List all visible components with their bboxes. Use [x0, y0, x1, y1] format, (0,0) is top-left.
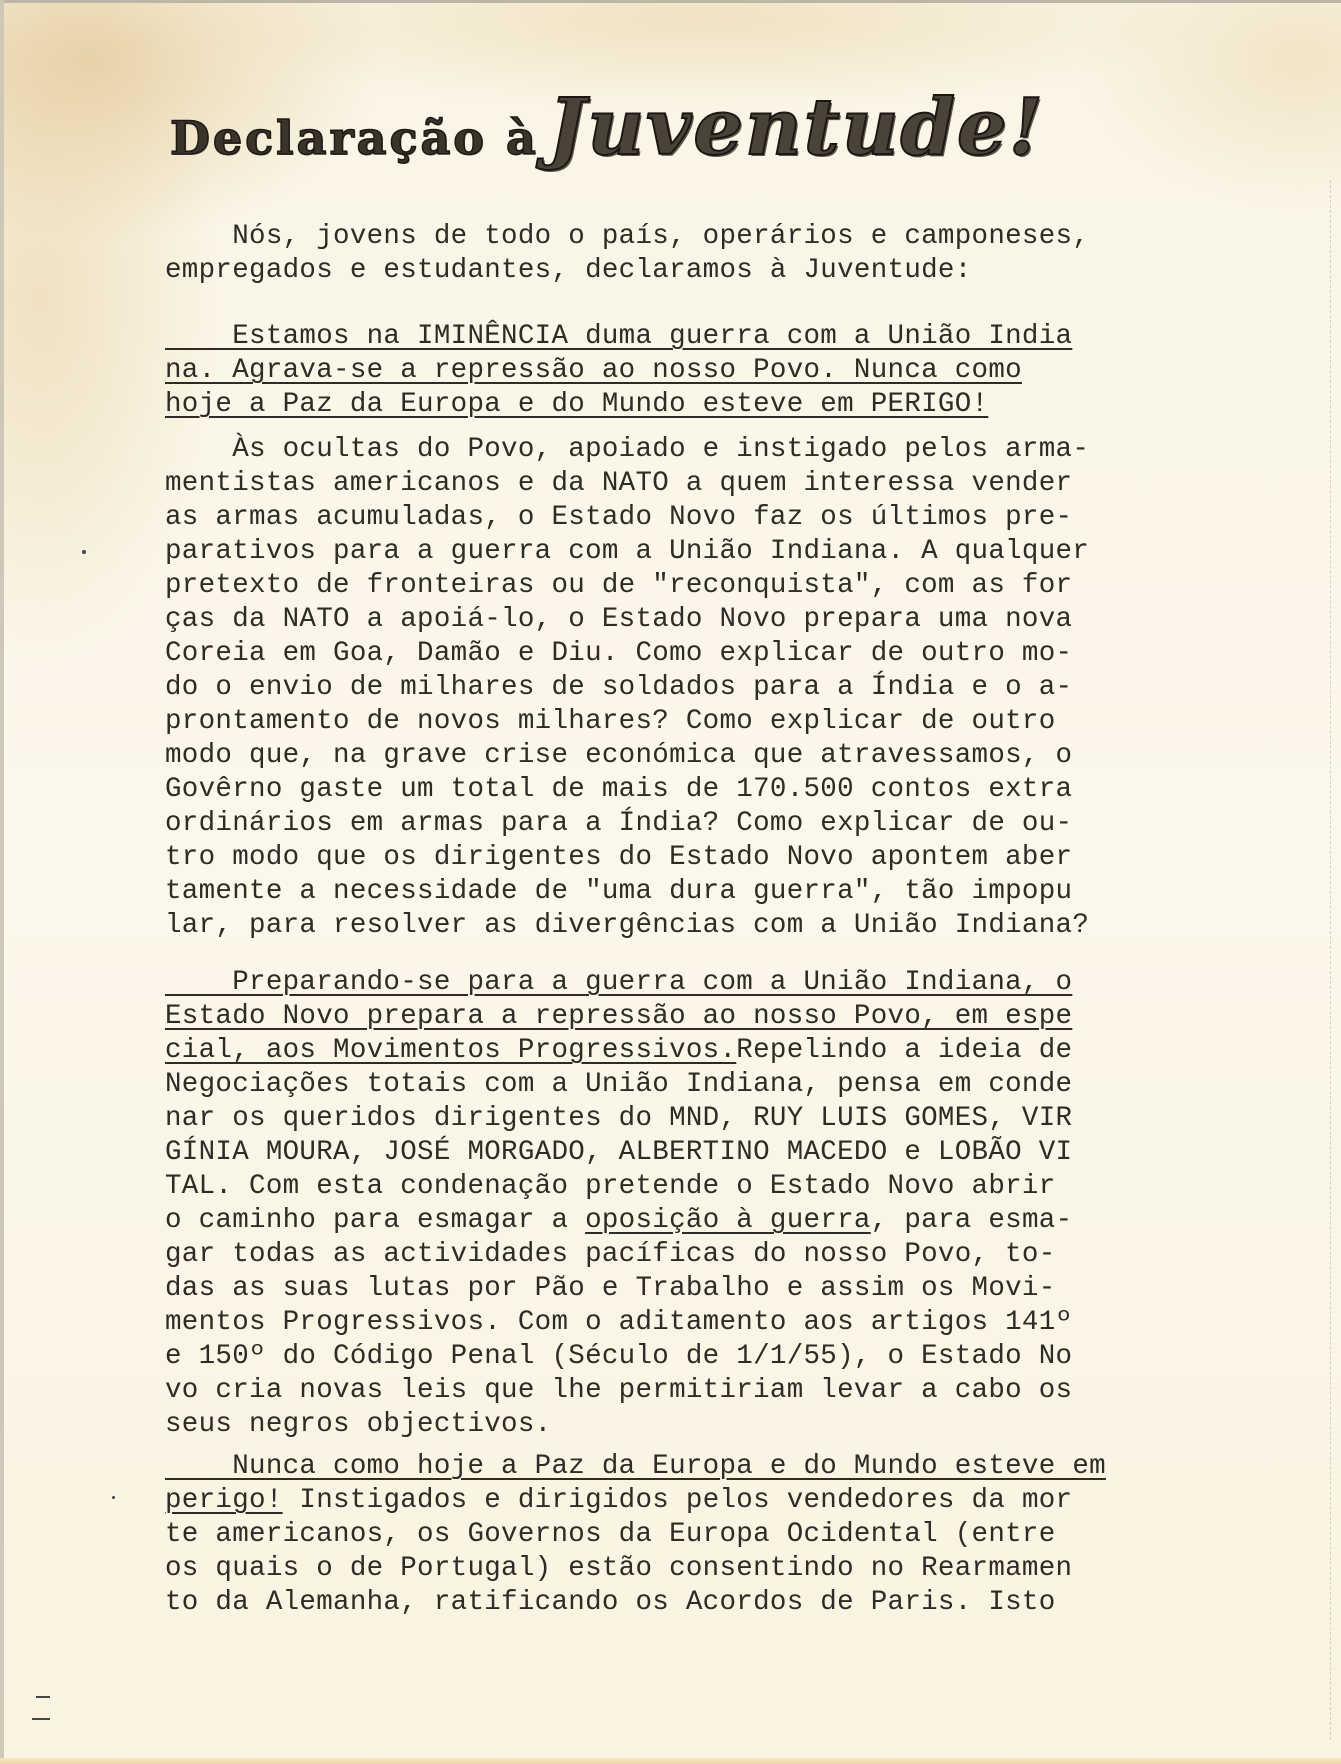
line-text: do o envio de milhares de soldados para … [165, 672, 1072, 703]
text-line: te americanos, os Governos da Europa Oci… [165, 1520, 1056, 1550]
text-line: tro modo que os dirigentes do Estado Nov… [165, 843, 1072, 873]
stray-mark [112, 1496, 115, 1499]
underlined-text: cial, aos Movimentos Progressivos. [165, 1035, 736, 1066]
text-line: mentistas americanos e da NATO a quem in… [165, 469, 1072, 499]
paper-edge-top [0, 0, 1341, 3]
text-line: Nunca como hoje a Paz da Europa e do Mun… [165, 1452, 1106, 1482]
title-juventude: Juventude! [548, 82, 1044, 173]
line-text: to da Alemanha, ratificando os Acordos d… [165, 1587, 1056, 1618]
line-text: e 150º do Código Penal (Século de 1/1/55… [165, 1341, 1072, 1372]
text-line: Estamos na IMINÊNCIA duma guerra com a U… [165, 322, 1072, 352]
text-line: cial, aos Movimentos Progressivos.Repeli… [165, 1036, 1072, 1066]
text-line: pretexto de fronteiras ou de "reconquist… [165, 571, 1072, 601]
line-text: das as suas lutas por Pão e Trabalho e a… [165, 1273, 1056, 1304]
document-title: Declaração à Juventude! [170, 82, 1045, 173]
line-text: ordinários em armas para a Índia? Como e… [165, 808, 1072, 839]
text-line: Negociações totais com a União Indiana, … [165, 1070, 1072, 1100]
underlined-text: Estado Novo prepara a repressão ao nosso… [165, 1001, 1072, 1032]
line-text: vo cria novas leis que lhe permitiriam l… [165, 1375, 1072, 1406]
line-text: ças da NATO a apoiá-lo, o Estado Novo pr… [165, 604, 1072, 635]
paper-edge-bottom [0, 1758, 1341, 1764]
line-text: pretexto de fronteiras ou de "reconquist… [165, 570, 1072, 601]
line-text: mentos Progressivos. Com o aditamento ao… [165, 1307, 1072, 1338]
underlined-text: Preparando-se para a guerra com a União … [165, 967, 1072, 998]
text-line: Às ocultas do Povo, apoiado e instigado … [165, 435, 1089, 465]
underlined-text: hoje a Paz da Europa e do Mundo esteve e… [165, 389, 988, 420]
line-text: prontamento de novos milhares? Como expl… [165, 706, 1056, 737]
line-text: TAL. Com esta condenação pretende o Esta… [165, 1171, 1056, 1202]
text-line: do o envio de milhares de soldados para … [165, 673, 1072, 703]
line-text: modo que, na grave crise económica que a… [165, 740, 1072, 771]
text-line: empregados e estudantes, declaramos à Ju… [165, 256, 972, 286]
line-text: Negociações totais com a União Indiana, … [165, 1069, 1072, 1100]
line-text: as armas acumuladas, o Estado Novo faz o… [165, 502, 1072, 533]
line-text: Instigados e dirigidos pelos vendedores … [283, 1485, 1073, 1516]
text-line: lar, para resolver as divergências com a… [165, 911, 1089, 941]
text-line: Preparando-se para a guerra com a União … [165, 968, 1072, 998]
text-line: Govêrno gaste um total de mais de 170.50… [165, 775, 1072, 805]
text-line: ordinários em armas para a Índia? Como e… [165, 809, 1072, 839]
underlined-text: perigo! [165, 1485, 283, 1516]
line-text: seus negros objectivos. [165, 1409, 551, 1440]
text-line: modo que, na grave crise económica que a… [165, 741, 1072, 771]
text-line: perigo! Instigados e dirigidos pelos ven… [165, 1486, 1072, 1516]
line-text: gar todas as actividades pacíficas do no… [165, 1239, 1056, 1270]
text-line: parativos para a guerra com a União Indi… [165, 537, 1089, 567]
line-text: o caminho para esmagar a [165, 1205, 585, 1236]
line-text: Coreia em Goa, Damão e Diu. Como explica… [165, 638, 1072, 669]
underlined-text: Nunca como hoje a Paz da Europa e do Mun… [165, 1451, 1106, 1482]
text-line: TAL. Com esta condenação pretende o Esta… [165, 1172, 1056, 1202]
line-text: empregados e estudantes, declaramos à Ju… [165, 255, 972, 286]
text-line: o caminho para esmagar a oposição à guer… [165, 1206, 1072, 1236]
line-text: tamente a necessidade de "uma dura guerr… [165, 876, 1072, 907]
text-line: prontamento de novos milhares? Como expl… [165, 707, 1056, 737]
text-line: as armas acumuladas, o Estado Novo faz o… [165, 503, 1072, 533]
line-text: , para esma- [871, 1205, 1073, 1236]
text-line: ças da NATO a apoiá-lo, o Estado Novo pr… [165, 605, 1072, 635]
text-line: Coreia em Goa, Damão e Diu. Como explica… [165, 639, 1072, 669]
stray-mark [32, 1718, 50, 1720]
underlined-text: na. Agrava-se a repressão ao nosso Povo.… [165, 355, 1022, 386]
text-line: hoje a Paz da Europa e do Mundo esteve e… [165, 390, 988, 420]
text-line: mentos Progressivos. Com o aditamento ao… [165, 1308, 1072, 1338]
text-line: nar os queridos dirigentes do MND, RUY L… [165, 1104, 1072, 1134]
line-text: te americanos, os Governos da Europa Oci… [165, 1519, 1056, 1550]
line-text: tro modo que os dirigentes do Estado Nov… [165, 842, 1072, 873]
line-text: Govêrno gaste um total de mais de 170.50… [165, 774, 1072, 805]
line-text: parativos para a guerra com a União Indi… [165, 536, 1089, 567]
underlined-text: oposição à guerra [585, 1205, 871, 1236]
line-text: lar, para resolver as divergências com a… [165, 910, 1089, 941]
line-text: Às ocultas do Povo, apoiado e instigado … [165, 434, 1089, 465]
text-line: seus negros objectivos. [165, 1410, 551, 1440]
text-line: os quais o de Portugal) estão consentind… [165, 1554, 1072, 1584]
line-text: GÍNIA MOURA, JOSÉ MORGADO, ALBERTINO MAC… [165, 1137, 1072, 1168]
underlined-text: Estamos na IMINÊNCIA duma guerra com a U… [165, 321, 1072, 352]
text-line: Nós, jovens de todo o país, operários e … [165, 222, 1089, 252]
text-line: e 150º do Código Penal (Século de 1/1/55… [165, 1342, 1072, 1372]
text-line: das as suas lutas por Pão e Trabalho e a… [165, 1274, 1056, 1304]
paper-fold-right [1329, 180, 1331, 1740]
text-line: tamente a necessidade de "uma dura guerr… [165, 877, 1072, 907]
line-text: Nós, jovens de todo o país, operários e … [165, 221, 1089, 252]
text-line: vo cria novas leis que lhe permitiriam l… [165, 1376, 1072, 1406]
paper-edge-left [0, 0, 4, 1764]
text-line: to da Alemanha, ratificando os Acordos d… [165, 1588, 1056, 1618]
title-declaracao: Declaração à [170, 111, 539, 165]
line-text: mentistas americanos e da NATO a quem in… [165, 468, 1072, 499]
stray-mark [82, 550, 86, 554]
text-line: Estado Novo prepara a repressão ao nosso… [165, 1002, 1072, 1032]
line-text: nar os queridos dirigentes do MND, RUY L… [165, 1103, 1072, 1134]
line-text: Repelindo a ideia de [736, 1035, 1072, 1066]
line-text: os quais o de Portugal) estão consentind… [165, 1553, 1072, 1584]
text-line: gar todas as actividades pacíficas do no… [165, 1240, 1056, 1270]
text-line: GÍNIA MOURA, JOSÉ MORGADO, ALBERTINO MAC… [165, 1138, 1072, 1168]
stray-mark [36, 1696, 50, 1698]
text-line: na. Agrava-se a repressão ao nosso Povo.… [165, 356, 1022, 386]
